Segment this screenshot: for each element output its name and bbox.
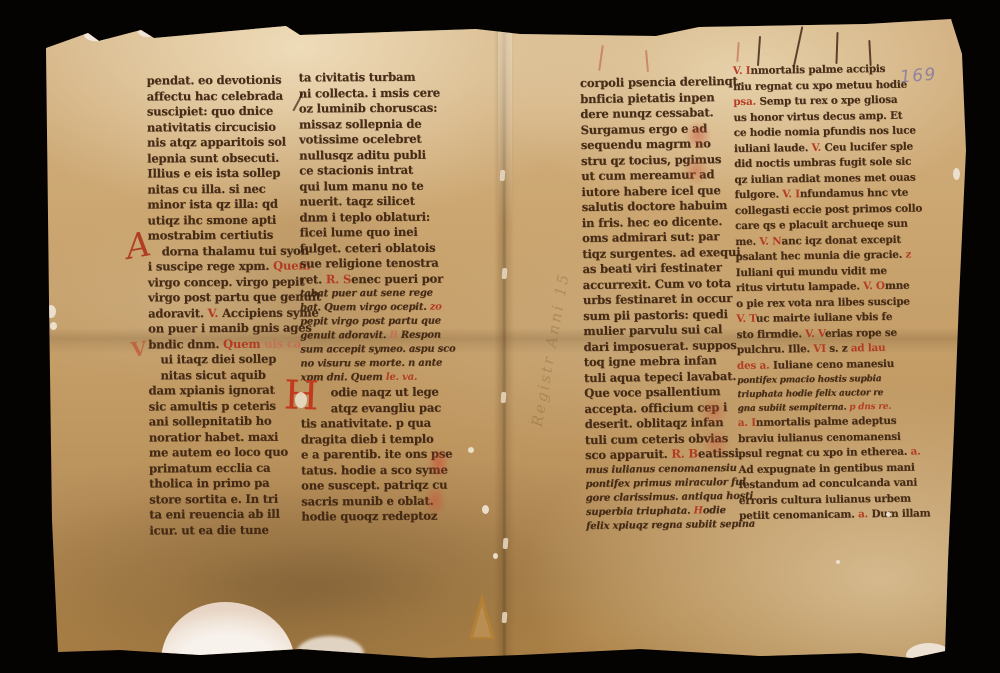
ink-text: pontifex primus miraculor ful: [585, 476, 745, 489]
manuscript-text-line: oz luminib choruscas:: [299, 101, 449, 117]
ink-text: sco apparuit.: [585, 447, 671, 462]
manuscript-text-line: odie naqz ut lege: [301, 385, 451, 401]
ink-text: dari imposuerat. suppos: [583, 337, 736, 353]
ink-text: gna subiit sempiterna.: [738, 402, 850, 414]
rubric-text: V. O: [863, 280, 885, 292]
ink-text: sacris munib e oblat.: [301, 493, 433, 508]
rubric-text: V. V: [805, 327, 825, 339]
ink-text: uc mairte iuliane vbis fe: [756, 311, 893, 325]
manuscript-text-line: qui lum manu no te: [299, 178, 449, 194]
manuscript-text-line: ce hodie nomia pfundis nos luce: [734, 124, 882, 142]
manuscript-text-line: nuerit. taqz silicet: [299, 194, 449, 210]
ink-text: Semp tu rex o xpe gliosa: [759, 94, 897, 108]
ink-text: us honor virtus decus amp. Et: [733, 109, 902, 123]
ink-text: fulget. ceteri oblatois: [300, 240, 436, 255]
surface-speck: [836, 560, 840, 564]
ink-text: tholica in primo pa: [149, 476, 269, 491]
manuscript-text-line: care qs e placuit archueqe sun: [735, 217, 883, 235]
ink-text: pulchru. Ille.: [737, 343, 814, 356]
ink-text: o pie rex vota nra libes suscipe: [736, 295, 910, 309]
manuscript-text-line: icur. ut ea die tune: [149, 522, 299, 538]
ink-text: ui itaqz diei sollep: [160, 352, 276, 367]
manuscript-text-line: Illius e eis ista sollep: [147, 166, 297, 182]
ink-text: missaz sollepnia de: [299, 116, 422, 131]
damage-hole-small: [296, 636, 364, 672]
ink-text: s. z: [826, 342, 851, 354]
ink-text: ani sollepnitatib ho: [149, 414, 272, 429]
ink-text: petiit cenomanicam.: [739, 508, 858, 522]
ink-text: votissime ocelebret: [299, 132, 422, 147]
manuscript-text-line: store sortita e. In tri: [149, 491, 299, 507]
ink-text: felix xpiuqz regna subiit sepina: [586, 518, 755, 531]
surface-speck: [886, 512, 891, 517]
fold-stitch: [501, 392, 507, 403]
ink-text: minor ista qz illa: qd: [147, 197, 277, 212]
manuscript-text-line: noratior habet. maxi: [149, 429, 299, 445]
ink-text: nitas cu illa. si nec: [147, 181, 265, 196]
manuscript-text-line: ui itaqz diei sollep: [148, 352, 298, 368]
ink-text: salutis doctore habuim: [582, 198, 728, 214]
ink-text: nitas sicut aquib: [160, 367, 265, 382]
ink-text: primatum ecclia ca: [149, 460, 270, 475]
manuscript-text-line: superbia triuphata. Hodie: [586, 503, 734, 519]
ink-text: toq igne mebra infan: [584, 353, 717, 369]
manuscript-text-line: psa. Semp tu rex o xpe gliosa: [733, 93, 881, 111]
faded-rubric-text: B: [389, 330, 401, 341]
ink-text: Ceu lucifer sple: [824, 140, 913, 153]
manuscript-text-line: sum accepit symeo. aspu sco: [300, 343, 450, 358]
ink-text: ce stacionis intrat: [299, 163, 413, 178]
ink-text: mulier parvulu sui cal: [583, 322, 722, 338]
manuscript-text-line: i suscipe rege xpm. Quem: [148, 259, 298, 275]
manuscript-text-line: V. Tuc mairte iuliane vbis fe: [736, 310, 884, 328]
ink-text: dam xpianis ignorat: [148, 383, 274, 398]
manuscript-text-line: virgo concep. virgo pepit: [148, 274, 298, 290]
edge-speck: [46, 305, 56, 318]
ink-text: gore clarissimus. antiqua hosti: [586, 490, 753, 503]
faded-rubric-text: uis ca: [264, 336, 301, 350]
ink-text: Iuliani qui mundu vidit me: [736, 264, 887, 278]
ink-text: dorna thalamu tui syon: [162, 243, 309, 258]
flaked-red-versal: V: [130, 336, 148, 361]
manuscript-text-line: nis atqz apparitois sol: [147, 135, 297, 151]
manuscript-text-line: xpm dni. Quem le. va.: [300, 371, 450, 386]
ink-text: superbia triuphata.: [586, 505, 694, 518]
manuscript-text-line: affectu hac celebrada: [147, 88, 297, 104]
ink-text: qz iulian radiat mones met ouas: [734, 171, 915, 186]
ink-text: on puer i manib gnis ages: [148, 320, 312, 335]
manuscript-text-line: utiqz ihc smone apti: [147, 212, 297, 228]
fold-stitch: [500, 170, 506, 181]
gutter-speck: [493, 553, 498, 559]
ink-text: me autem eo loco quo: [149, 445, 288, 460]
manuscript-text-line: ficei lume quo inei: [300, 225, 450, 241]
ink-text: Ad expugnate in gentibus mani: [738, 461, 914, 475]
rubric-text: z: [905, 249, 911, 261]
initial-h-flake-damage: [295, 392, 307, 408]
red-pen-trial-mark: [645, 50, 649, 72]
rubric-text: zo: [430, 302, 442, 313]
ink-text: urbs festinaret in occur: [583, 291, 732, 307]
ink-text: nmortalis palme adeptus: [756, 415, 897, 429]
rubric-text: psa.: [733, 96, 759, 108]
ink-text: enec pueri por: [351, 271, 443, 286]
rubric-text: p dns re.: [849, 402, 891, 413]
manuscript-text-line: tabat puer aut sene rege: [300, 287, 450, 302]
ink-text: sue religione tenostra: [300, 256, 439, 271]
ink-text: me.: [735, 235, 759, 247]
ink-text: genuit adoravit.: [300, 330, 389, 342]
ink-text: as beati viri festinater: [582, 260, 721, 276]
ascender-stroke: [757, 36, 761, 66]
manuscript-text-line: fulget. ceteri oblatois: [300, 240, 450, 256]
ink-text: Respon: [401, 330, 441, 341]
ink-text: ta eni reuencia ab ill: [149, 507, 279, 522]
ascender-stroke: [793, 26, 804, 67]
ink-text: corpoli psencia derelinqt.: [580, 74, 742, 90]
ink-text: tuli aqua tepeci lavabat.: [584, 368, 736, 384]
ink-text: erroris cultura iulianus urbem: [739, 492, 911, 506]
ink-text: tis anativitate. p qua: [301, 416, 431, 431]
manuscript-text-line: missaz sollepnia de: [299, 116, 449, 132]
ink-text: noratior habet. maxi: [149, 429, 278, 444]
gutter-speck: [482, 505, 489, 514]
ink-text: nuerit. taqz silicet: [299, 194, 414, 209]
manuscript-text-line: nativitatis circucisio: [147, 119, 297, 135]
manuscript-text-line: felix xpiuqz regna subiit sepina: [586, 517, 734, 533]
manuscript-text-line: psalant hec munia die gracie. z: [735, 248, 883, 266]
ink-text: atqz evangliu pac: [331, 400, 441, 415]
rubric-text: V.: [811, 141, 824, 153]
rubric-text: V. I: [733, 65, 751, 77]
ink-text: sto firmdie.: [736, 328, 805, 341]
rubric-text: a.: [858, 508, 872, 520]
manuscript-text-line: psul regnat cu xpo in etherea. a.: [738, 445, 886, 463]
gutter-speck: [468, 447, 474, 453]
ink-text: Iuliane ceno manesiu: [773, 357, 894, 371]
manuscript-text-line: V. Inmortalis palme accipis: [733, 62, 881, 80]
rubric-text: VI: [813, 343, 826, 355]
rubric-text: V.: [208, 306, 223, 320]
ink-text: odie naqz ut lege: [331, 385, 439, 400]
rubric-text: V. I: [782, 188, 800, 200]
manuscript-text-line: tis anativitate. p qua: [301, 416, 451, 432]
fold-highlight: [498, 30, 512, 220]
manuscript-text-line: votissime ocelebret: [299, 132, 449, 148]
manuscript-photo-background: Registr Anni 15 169 pendat. eo devotioni…: [0, 0, 1000, 673]
ascender-stroke: [868, 40, 871, 66]
ink-text: ret.: [300, 272, 326, 286]
manuscript-text-line: minor ista qz illa: qd: [147, 197, 297, 213]
ink-text: mne: [885, 280, 910, 292]
manuscript-text-line: virgo post partu que genuit: [148, 290, 298, 306]
ink-text: i suscipe rege xpm.: [148, 259, 273, 274]
manuscript-text-line: festandum ad conculcanda vani: [739, 476, 887, 494]
ink-text: did noctis umbras fugit sole sic: [734, 156, 911, 170]
manuscript-text-line: ni collecta. i msis cere: [299, 85, 449, 101]
manuscript-text-line: petiit cenomanicam. a. Dum illam: [739, 507, 887, 525]
rubric-text: Quem: [223, 336, 264, 350]
manuscript-text-line: ce stacionis intrat: [299, 163, 449, 179]
ink-text: fulgore.: [735, 188, 783, 201]
ink-text: adoravit.: [148, 306, 208, 320]
ink-text: icur. ut ea die tune: [149, 522, 268, 537]
ink-text: care qs e placuit archueqe sun: [735, 218, 908, 232]
text-column-1: pendat. eo devotionisaffectu hac celebra…: [147, 73, 300, 539]
manuscript-text-line: sic amultis p ceteris: [149, 398, 299, 414]
manuscript-text-line: a. Inmortalis palme adeptus: [738, 414, 886, 432]
manuscript-text-line: pontifex primus miraculor ful: [585, 475, 733, 491]
ink-text: ni collecta. i msis cere: [299, 85, 440, 100]
ink-text: niu regnat cu xpo metuu hodie: [733, 78, 907, 92]
gutter-inscription: Registr Anni 15: [528, 271, 573, 428]
ink-text: odie: [703, 505, 726, 516]
manuscript-text-line: dragita dieb i templo: [301, 431, 451, 447]
ink-text: sum accepit symeo. aspu sco: [300, 344, 455, 356]
ink-text: qui lum manu no te: [299, 178, 423, 193]
manuscript-text-line: nitas sicut aquib: [148, 367, 298, 383]
manuscript-text-line: on puer i manib gnis ages: [148, 321, 298, 337]
manuscript-text-line: no visuru se morte. n ante: [300, 357, 450, 372]
manuscript-text-line: ta civitatis turbam: [299, 70, 449, 86]
edge-speck: [50, 322, 57, 330]
manuscript-text-line: ritus virtutu lampade. V. Omne: [736, 279, 884, 297]
rubric-text: V. T: [736, 313, 756, 325]
ink-text: affectu hac celebrada: [147, 88, 283, 103]
faded-red-ornament: [694, 396, 734, 460]
amber-triangle-mark-inner: [473, 605, 491, 637]
ink-text: festandum ad conculcanda vani: [739, 477, 918, 491]
ink-text: sic amultis p ceteris: [149, 398, 276, 413]
manuscript-text-line: gore clarissimus. antiqua hosti: [586, 489, 734, 505]
ink-text: braviu iulianus cenomanensi: [738, 430, 901, 444]
manuscript-text-line: nullusqz aditu publi: [299, 147, 449, 163]
manuscript-text-line: ta eni reuencia ab ill: [149, 507, 299, 523]
manuscript-text-line: pulchru. Ille. VI s. z ad lau: [737, 341, 885, 359]
fold-stitch: [502, 268, 508, 279]
rubric-text: R. S: [326, 272, 351, 286]
ink-text: bat. Quem virgo ocepit.: [300, 302, 430, 314]
ink-text: utiqz ihc smone apti: [147, 212, 276, 227]
ink-text: bndic dnm.: [148, 337, 223, 351]
faded-red-ornament: [679, 118, 717, 188]
ink-text: suscipiet: quo dnice: [147, 104, 273, 119]
manuscript-text-line: primatum ecclia ca: [149, 460, 299, 476]
ink-text: pendat. eo devotionis: [147, 73, 282, 88]
manuscript-text-line: bndic dnm. Quem uis ca: [148, 336, 298, 352]
ink-text: pepit virgo post partu que: [300, 316, 441, 328]
ink-text: psalant hec munia die gracie.: [735, 249, 905, 263]
ink-text: nullusqz aditu publi: [299, 147, 426, 162]
manuscript-text-line: dorna thalamu tui syon: [148, 243, 298, 259]
manuscript-text-line: sue religione tenostra: [300, 256, 450, 272]
manuscript-text-line: ret. R. Senec pueri por: [300, 271, 450, 287]
rubric-text: a.: [910, 445, 920, 457]
ink-text: store sortita e. In tri: [149, 491, 278, 506]
manuscript-text-line: suscipiet: quo dnice: [147, 104, 297, 120]
damage-patch-bottom-right: [905, 641, 951, 669]
rubric-text: ad lau: [851, 342, 886, 354]
manuscript-text-line: genuit adoravit. B Respon: [300, 329, 450, 344]
ink-text: oms admirari sut: par: [582, 229, 719, 245]
ink-text: dnm i teplo oblaturi:: [299, 209, 430, 224]
ink-text: dragita dieb i templo: [301, 431, 434, 446]
damage-notch-top-left: [83, 23, 115, 43]
ink-text: erias rope se: [825, 326, 897, 339]
manuscript-text-line: bat. Quem virgo ocepit. zo: [300, 301, 450, 316]
ink-text: psul regnat cu xpo in etherea.: [738, 446, 910, 460]
ascender-stroke: [835, 32, 838, 64]
edge-speck: [953, 168, 960, 180]
manuscript-text-line: tholica in primo pa: [149, 476, 299, 492]
ink-text: in fris. hec eo dicente.: [582, 214, 723, 230]
ink-text: nfundamus hnc vte: [800, 187, 908, 201]
manuscript-text-line: did noctis umbras fugit sole sic: [734, 155, 882, 173]
fold-stitch: [503, 538, 509, 549]
rubric-text: H: [694, 505, 703, 516]
manuscript-text-line: fulgore. V. Infundamus hnc vte: [735, 186, 883, 204]
ink-text: anc iqz donat excepit: [781, 233, 901, 247]
ink-text: accurrexit. Cum vo tota: [583, 275, 731, 291]
ink-text: ficei lume quo inei: [300, 225, 418, 240]
ink-text: tabat puer aut sene rege: [300, 288, 433, 300]
ink-text: ta civitatis turbam: [299, 70, 416, 85]
ink-text: Dum illam: [871, 507, 930, 520]
ink-text: triuphata hodie felix auctor re: [737, 388, 883, 400]
manuscript-text-line: adoravit. V. Accipiens syme: [148, 305, 298, 321]
rubric-text: a. I: [738, 417, 756, 429]
ink-text: hodie quoqz redeptoz: [301, 509, 437, 524]
ink-text: nis atqz apparitois sol: [147, 135, 286, 150]
ink-text: collegasti eccie post primos collo: [735, 202, 922, 217]
ink-text: lepnia sunt obsecuti.: [147, 150, 279, 165]
ink-text: mus iulianus cenomanensiu: [585, 462, 736, 475]
rubric-text: le. va.: [386, 372, 417, 383]
manuscript-text-line: pepit virgo post partu que: [300, 315, 450, 330]
ink-text: virgo post partu que genuit: [148, 289, 321, 304]
manuscript-text-line: dam xpianis ignorat: [148, 383, 298, 399]
faded-red-ornament: [420, 448, 454, 523]
text-column-4: V. Inmortalis palme accipisniu regnat cu…: [733, 62, 887, 525]
rubric-text: des a.: [737, 359, 773, 372]
ink-text: tiqz surgentes. ad exequi: [582, 244, 740, 260]
manuscript-text-line: mus iulianus cenomanensiu: [585, 461, 733, 477]
manuscript-text-line: ani sollepnitatib ho: [149, 414, 299, 430]
rubric-text: V. N: [759, 235, 781, 247]
manuscript-text-line: atqz evangliu pac: [301, 400, 451, 416]
ink-text: bnficia pietatis inpen: [580, 90, 715, 106]
ink-text: ce hodie nomia pfundis nos luce: [734, 125, 916, 140]
manuscript-text-line: me autem eo loco quo: [149, 445, 299, 461]
ink-text: oz luminib choruscas:: [299, 101, 437, 116]
ink-text: nativitatis circucisio: [147, 119, 276, 134]
damage-notch-top-left-2: [138, 26, 156, 37]
ink-text: pontifex pmacio hostis supbia: [737, 374, 881, 386]
ink-text: Illius e eis ista sollep: [147, 166, 280, 181]
red-pen-trial-mark: [736, 42, 739, 62]
fold-stitch: [502, 612, 508, 623]
ink-text: iuliani laude.: [734, 141, 812, 154]
manuscript-text-line: lepnia sunt obsecuti.: [147, 150, 297, 166]
ink-text: mostrabim certiutis: [148, 228, 274, 243]
ink-text: virgo concep. virgo pepit: [148, 274, 305, 289]
ink-text: sum pii pastoris: quedi: [583, 307, 728, 323]
manuscript-text-line: dnm i teplo oblaturi:: [299, 209, 449, 225]
manuscript-text-line: mostrabim certiutis: [148, 228, 298, 244]
damage-hole-large: [161, 602, 295, 673]
red-pen-trial-mark: [598, 45, 604, 71]
ink-text: nmortalis palme accipis: [750, 63, 885, 77]
ink-text: no visuru se morte. n ante: [300, 358, 442, 370]
ink-text: ritus virtutu lampade.: [736, 280, 863, 294]
manuscript-text-line: pendat. eo devotionis: [147, 73, 297, 89]
manuscript-text-line: nitas cu illa. si nec: [147, 181, 297, 197]
parchment-sheet: Registr Anni 15 169 pendat. eo devotioni…: [0, 0, 1000, 673]
